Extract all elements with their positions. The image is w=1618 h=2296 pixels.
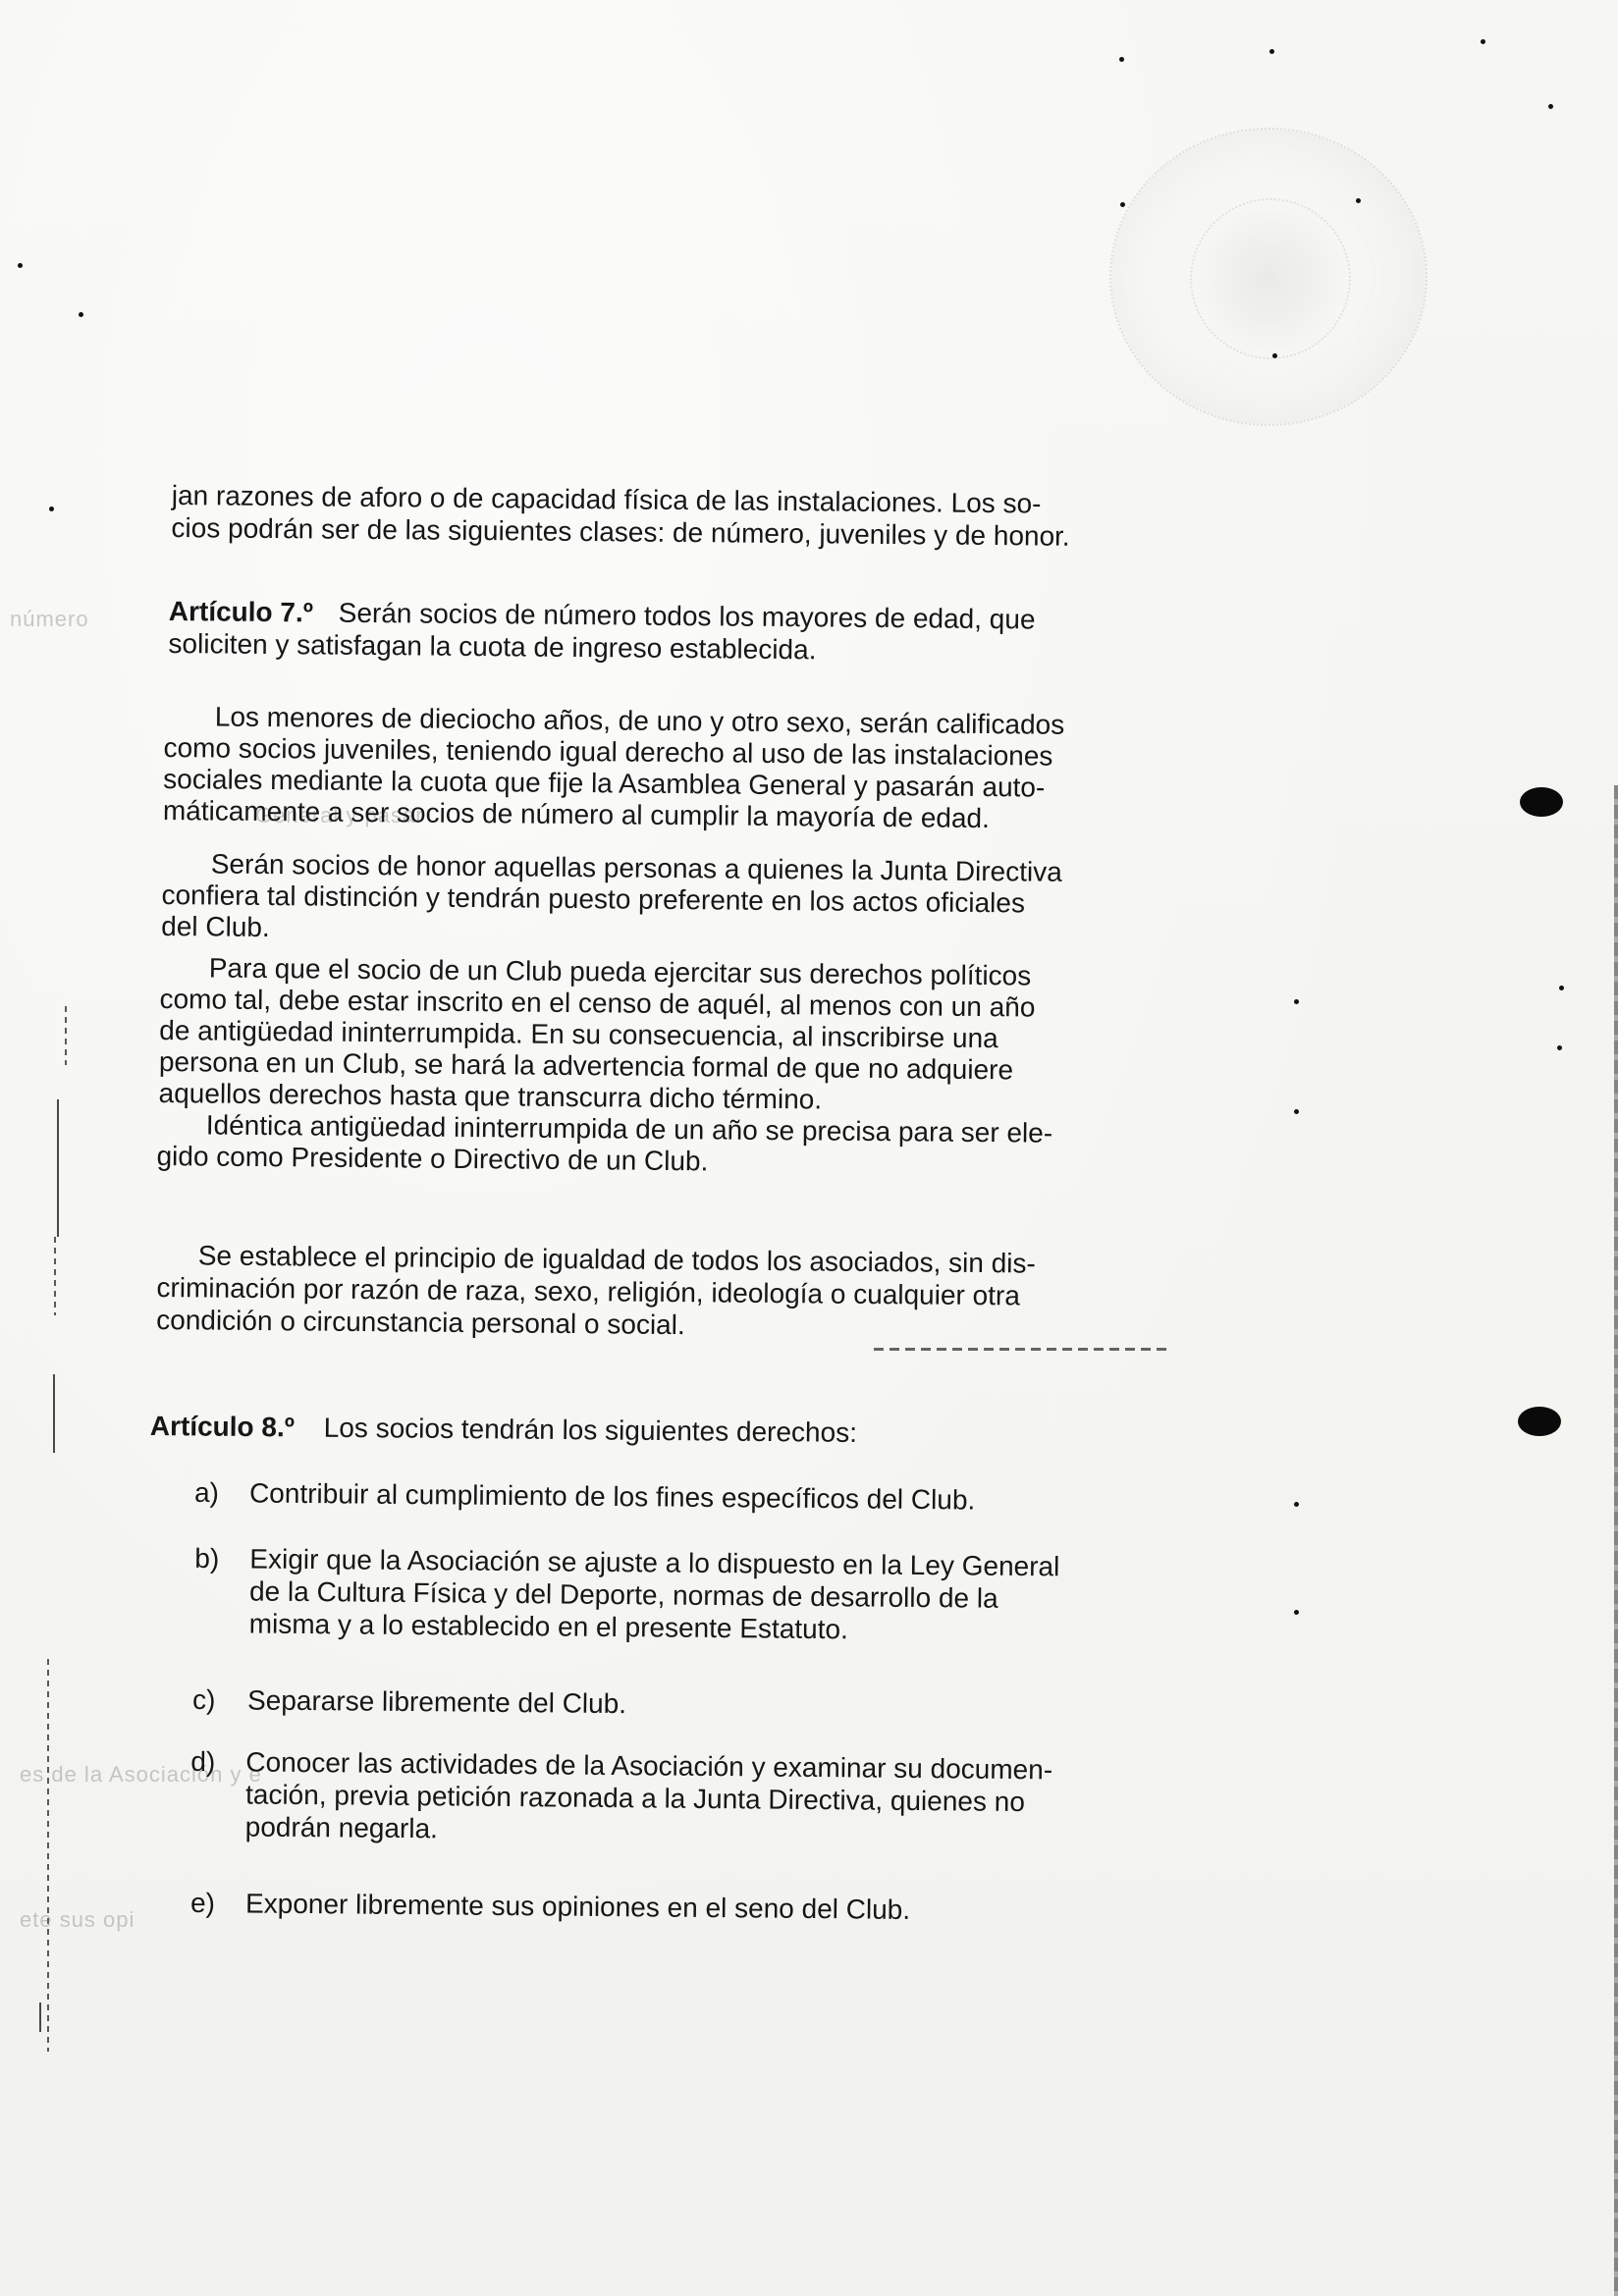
copier-streak	[65, 1006, 67, 1065]
list-marker: a)	[194, 1476, 219, 1509]
binder-hole-bottom	[1518, 1407, 1561, 1436]
article-7-juveniles-paragraph: Los menores de dieciocho años, de uno y …	[163, 701, 1240, 837]
dust-speck	[1294, 1610, 1299, 1615]
copier-streak	[39, 2002, 41, 2032]
copier-streak	[53, 1374, 55, 1453]
article-7-opening: Artículo 7.º Serán socios de número todo…	[168, 595, 1241, 669]
page-edge-shadow	[1614, 785, 1618, 2296]
dust-speck	[1356, 198, 1361, 203]
list-marker: d)	[190, 1745, 215, 1778]
dust-speck	[1119, 57, 1124, 62]
dust-speck	[1269, 49, 1274, 54]
show-through-text: número	[10, 607, 89, 632]
strike-mark	[874, 1348, 1168, 1351]
rights-list-item-b: b) Exigir que la Asociación se ajuste a …	[193, 1542, 1235, 1660]
list-marker: c)	[192, 1683, 216, 1716]
continuation-paragraph: jan razones de aforo o de capacidad físi…	[171, 479, 1240, 554]
rights-list-item-c: c) Separarse libremente del Club.	[192, 1683, 1233, 1733]
faded-seal-stamp	[1109, 128, 1428, 426]
dust-speck	[79, 312, 83, 317]
list-marker: e)	[190, 1887, 215, 1919]
dust-speck	[1557, 1045, 1562, 1050]
article-7-heading: Artículo 7.º	[169, 596, 313, 627]
binder-hole-top	[1520, 787, 1563, 817]
dust-speck	[1294, 999, 1299, 1004]
dust-speck	[1294, 1502, 1299, 1507]
dust-speck	[1294, 1109, 1299, 1114]
list-marker: b)	[194, 1542, 219, 1575]
article-7-seniority-paragraph: Idéntica antigüedad ininterrumpida de un…	[156, 1109, 1237, 1183]
rights-list-item-e: e) Exponer libremente sus opiniones en e…	[190, 1887, 1231, 1936]
list-item-text: Exigir que la Asociación se ajuste a lo …	[249, 1542, 1060, 1647]
show-through-text: ete sus opi	[20, 1907, 135, 1933]
list-item-text: Exponer libremente sus opiniones en el s…	[245, 1887, 910, 1925]
dust-speck	[1548, 104, 1553, 109]
article-7-equality-paragraph: Se establece el principio de igualdad de…	[156, 1239, 1237, 1347]
list-item-text: Contribuir al cumplimiento de los fines …	[249, 1476, 976, 1516]
article-7-honor-paragraph: Serán socios de honor aquellas personas …	[161, 848, 1238, 953]
article-8-heading: Artículo 8.º	[150, 1411, 295, 1442]
dust-speck	[1559, 986, 1564, 990]
article-8-intro: Los socios tendrán los siguientes derech…	[324, 1413, 857, 1448]
copier-streak	[57, 1099, 59, 1237]
text-line: Artículo 8.º Los socios tendrán los sigu…	[150, 1410, 1132, 1452]
dust-speck	[1120, 202, 1125, 207]
dust-speck	[18, 263, 23, 268]
dust-speck	[1272, 353, 1277, 358]
dust-speck	[1481, 39, 1485, 44]
list-item-text: Separarse libremente del Club.	[247, 1683, 626, 1720]
copier-streak	[47, 1659, 49, 2052]
copier-streak	[54, 1237, 56, 1315]
rights-list-item-a: a) Contribuir al cumplimiento de los fin…	[194, 1476, 1235, 1525]
dust-speck	[49, 507, 54, 511]
article-7-political-rights-paragraph: Para que el socio de un Club pueda ejerc…	[158, 952, 1239, 1120]
list-item-text: Conocer las actividades de la Asociación…	[245, 1745, 1053, 1850]
article-8-heading-line: Artículo 8.º Los socios tendrán los sigu…	[150, 1410, 1132, 1452]
rights-list-item-d: d) Conocer las actividades de la Asociac…	[189, 1745, 1231, 1863]
scanned-page: número General y pasar es de la Asociaci…	[0, 0, 1618, 2296]
